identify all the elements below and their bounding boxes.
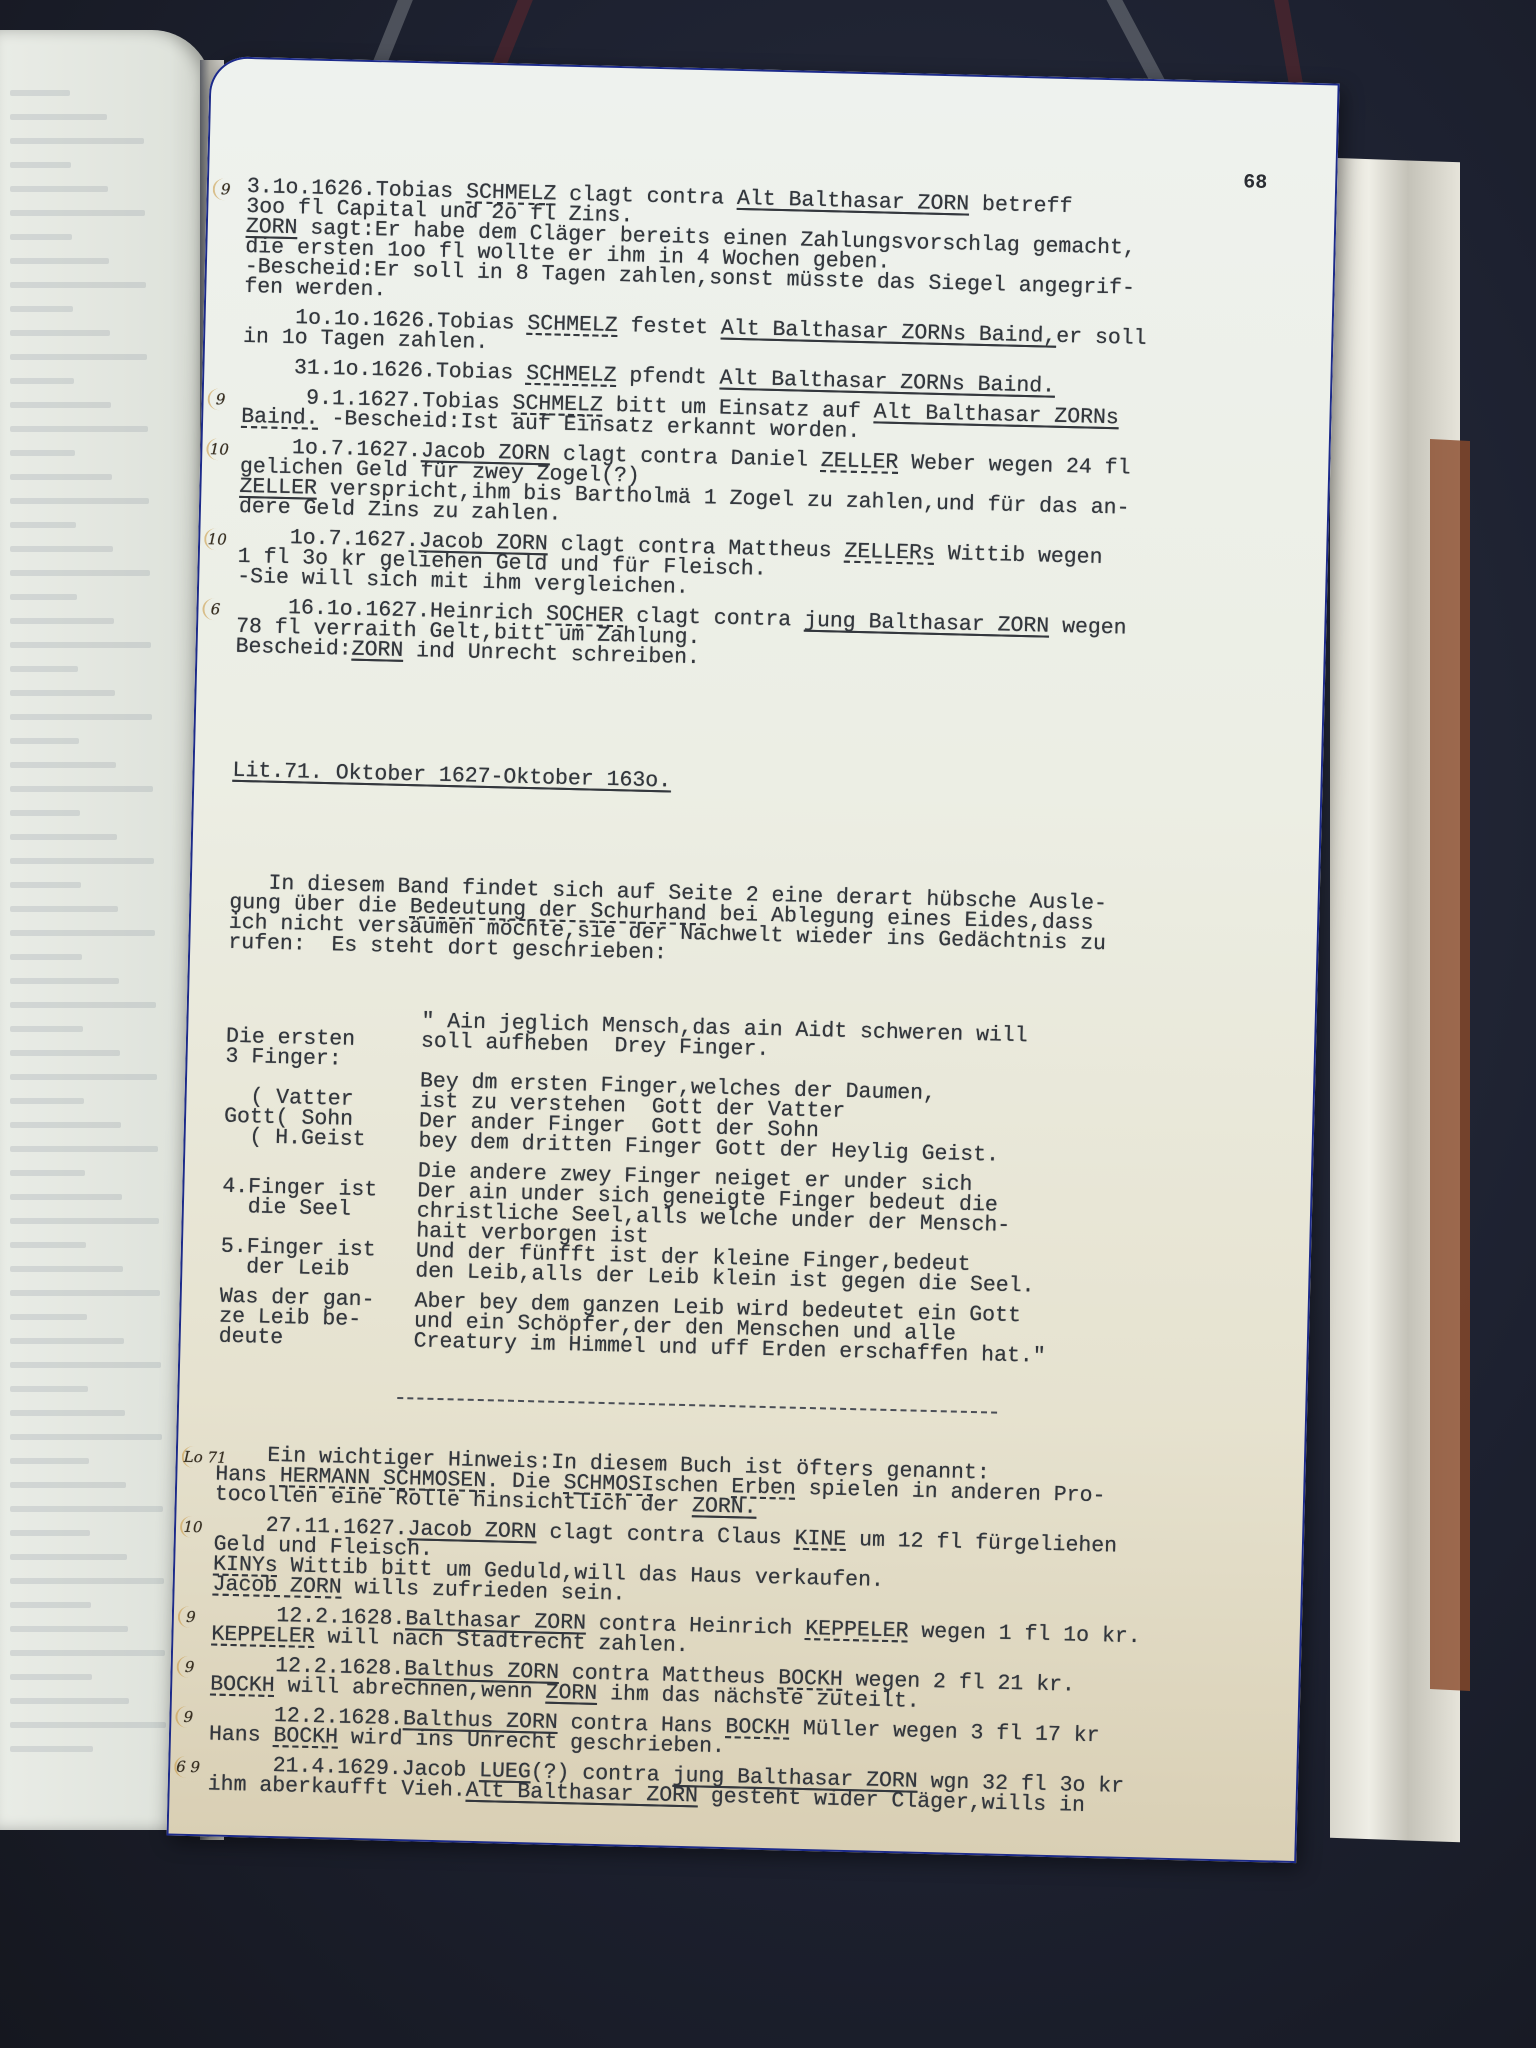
text-run: fen werden. <box>244 275 386 302</box>
bleed-through-line <box>10 1386 88 1392</box>
handwritten-margin-note: 6 9 <box>174 1756 199 1779</box>
text-run: pfendt <box>616 364 720 391</box>
underlined-name: SCHMELZ <box>527 312 618 338</box>
bleed-through-line <box>10 690 115 696</box>
bleed-through-line <box>10 1602 91 1608</box>
underlined-name: KEPPELER <box>211 1623 315 1650</box>
bleed-through-line <box>10 1002 156 1008</box>
bleed-through-line <box>10 1674 92 1680</box>
bleed-through-line <box>10 1194 122 1200</box>
protocol-entry: 93.1o.1626.Tobias SCHMELZ clagt contra A… <box>244 177 1297 323</box>
bleed-through-line <box>10 1170 85 1176</box>
underlined-name: BOCKH <box>725 1715 790 1741</box>
bleed-through-line <box>10 402 111 408</box>
bleed-through-line <box>10 186 108 192</box>
bleed-through-line <box>10 858 154 864</box>
bleed-through-line <box>10 450 75 456</box>
text-run: Wittib wegen <box>935 542 1103 570</box>
underlined-name: SCHMELZ <box>526 362 617 388</box>
underlined-name: Baind. <box>241 405 319 431</box>
bleed-through-line <box>10 1746 93 1752</box>
typewritten-page: 68 93.1o.1626.Tobias SCHMELZ clagt contr… <box>167 56 1340 1863</box>
bleed-through-line <box>10 330 110 336</box>
handwritten-margin-note: 9 <box>212 178 237 201</box>
underlined-name: ZORN. <box>692 1494 757 1520</box>
underlined-name: BOCKH <box>273 1724 338 1750</box>
quote-margin-label: deute <box>218 1327 413 1352</box>
bleed-through-line <box>10 1314 87 1320</box>
bleed-through-line <box>10 498 149 504</box>
bleed-through-line <box>10 1290 160 1296</box>
bleed-through-line <box>10 234 72 240</box>
underlined-name: ZORN <box>351 638 403 663</box>
bleed-through-line <box>10 618 114 624</box>
bleed-through-line <box>10 1266 123 1272</box>
handwritten-margin-note: 9 <box>207 388 232 411</box>
bleed-through-line <box>10 1410 125 1416</box>
bleed-through-line <box>10 1698 129 1704</box>
bleed-through-line <box>10 954 82 960</box>
underlined-name: ZORN <box>545 1681 597 1706</box>
page-text: 93.1o.1626.Tobias SCHMELZ clagt contra A… <box>206 137 1297 1870</box>
handwritten-margin-note: 10 <box>204 528 229 551</box>
handwritten-margin-note: 6 <box>202 598 227 621</box>
protocol-entry: 10 27.11.1627.Jacob ZORN clagt contra Cl… <box>212 1515 1264 1621</box>
bleed-through-line <box>10 1554 127 1560</box>
handwritten-margin-note: 9 <box>178 1606 203 1629</box>
protocol-entry: 6 16.1o.1627.Heinrich SOCHER clagt contr… <box>235 597 1286 683</box>
bleed-through-line <box>10 642 151 648</box>
bleed-through-line <box>10 426 148 432</box>
bleed-through-line <box>10 1122 121 1128</box>
section-heading-text: Lit.71. Oktober 1627-Oktober 163o. <box>232 759 671 794</box>
bleed-through-line <box>10 882 81 888</box>
bleed-through-line <box>10 1050 120 1056</box>
bleed-through-line <box>10 1242 86 1248</box>
bleed-through-line <box>10 306 73 312</box>
text-run: wegen <box>1049 615 1127 641</box>
bleed-through-line <box>10 906 118 912</box>
bleed-through-line <box>10 1098 84 1104</box>
bleed-through-line <box>10 1626 128 1632</box>
underlined-name: ZELLERs <box>844 540 935 566</box>
text-run: Hans <box>209 1722 274 1748</box>
bleed-through-line <box>10 1530 90 1536</box>
book-cover-edge <box>1430 439 1470 1691</box>
text-run: er soll <box>1056 325 1147 351</box>
underlined-name: Alt Balthasar ZORNs Baind. <box>719 367 1055 399</box>
bleed-through-line <box>10 810 80 816</box>
bleed-through-line <box>10 258 109 264</box>
bleed-through-line <box>10 666 78 672</box>
bleed-through-line <box>10 1218 159 1224</box>
quote-block: " Ain jeglich Mensch,das ain Aidt schwer… <box>218 1007 1276 1373</box>
bleed-through-line <box>10 1578 164 1584</box>
bleed-through-line <box>10 738 79 744</box>
underlined-name: KEPPELER <box>805 1617 909 1644</box>
bleed-through-line <box>10 1722 166 1728</box>
text-run: Bescheid: <box>235 635 352 662</box>
underlined-name: ZELLER <box>821 449 899 475</box>
underlined-name: KINE <box>794 1527 846 1552</box>
protocol-entry: 10 1o.7.1627.Jacob ZORN clagt contra Dan… <box>239 437 1291 543</box>
bleed-through-line <box>10 930 155 936</box>
underlined-name: Alt Balthasar ZORN <box>465 1779 698 1809</box>
bleed-through-line <box>10 378 74 384</box>
bleed-through-line <box>10 1434 162 1440</box>
bleed-through-line <box>10 354 147 360</box>
entries-before: 93.1o.1626.Tobias SCHMELZ clagt contra A… <box>235 177 1296 683</box>
bleed-through-line <box>10 1146 158 1152</box>
text-run: betreff <box>969 193 1073 220</box>
bleed-through-line <box>10 90 70 96</box>
bleed-through-line <box>10 1074 157 1080</box>
bleed-through-line <box>10 1338 124 1344</box>
bleed-through-line <box>10 138 144 144</box>
bleed-through-line <box>10 786 153 792</box>
text-run: in 1o Tagen zahlen. <box>243 325 489 355</box>
bleed-through-line <box>10 474 112 480</box>
bleed-through-line <box>10 522 76 528</box>
bleed-through-line <box>10 1362 161 1368</box>
bleed-through-line <box>10 570 150 576</box>
underlined-name: Jacob ZORN <box>212 1573 342 1600</box>
bleed-through-line <box>10 714 152 720</box>
bleed-through-line <box>10 1482 126 1488</box>
bleed-through-line <box>10 762 116 768</box>
bleed-through-line <box>10 1506 163 1512</box>
handwritten-margin-note: 10 <box>180 1516 205 1539</box>
text-run: 31.1o.1626.Tobias <box>242 355 526 386</box>
text-run: ihm aberkaufft Vieh. <box>207 1772 466 1802</box>
section-heading: Lit.71. Oktober 1627-Oktober 163o. <box>231 721 1283 847</box>
bleed-through-line <box>10 1458 89 1464</box>
bleed-through-line <box>10 282 146 288</box>
handwritten-margin-note: 9 <box>175 1706 200 1729</box>
entries-after: Lo 71 Ein wichtiger Hinweis:In diesem Bu… <box>208 1445 1266 1821</box>
bleed-through-line <box>10 546 113 552</box>
bleed-through-line <box>10 162 71 168</box>
underlined-name: BOCKH <box>210 1672 275 1698</box>
bleed-through-line <box>10 114 107 120</box>
handwritten-margin-note: 10 <box>206 438 231 461</box>
bleed-through-line <box>10 978 119 984</box>
bleed-through-line <box>10 1650 165 1656</box>
dashed-rule <box>397 1397 997 1414</box>
bleed-through-line <box>10 210 145 216</box>
text-run: festet <box>617 314 721 341</box>
bleed-through-line <box>10 834 117 840</box>
handwritten-margin-note: Lo 71 <box>181 1446 206 1469</box>
bleed-through-line <box>10 594 77 600</box>
intro-paragraph: In diesem Band findet sich auf Seite 2 e… <box>228 873 1280 979</box>
bleed-through-line <box>10 1026 83 1032</box>
handwritten-margin-note: 9 <box>176 1656 201 1679</box>
